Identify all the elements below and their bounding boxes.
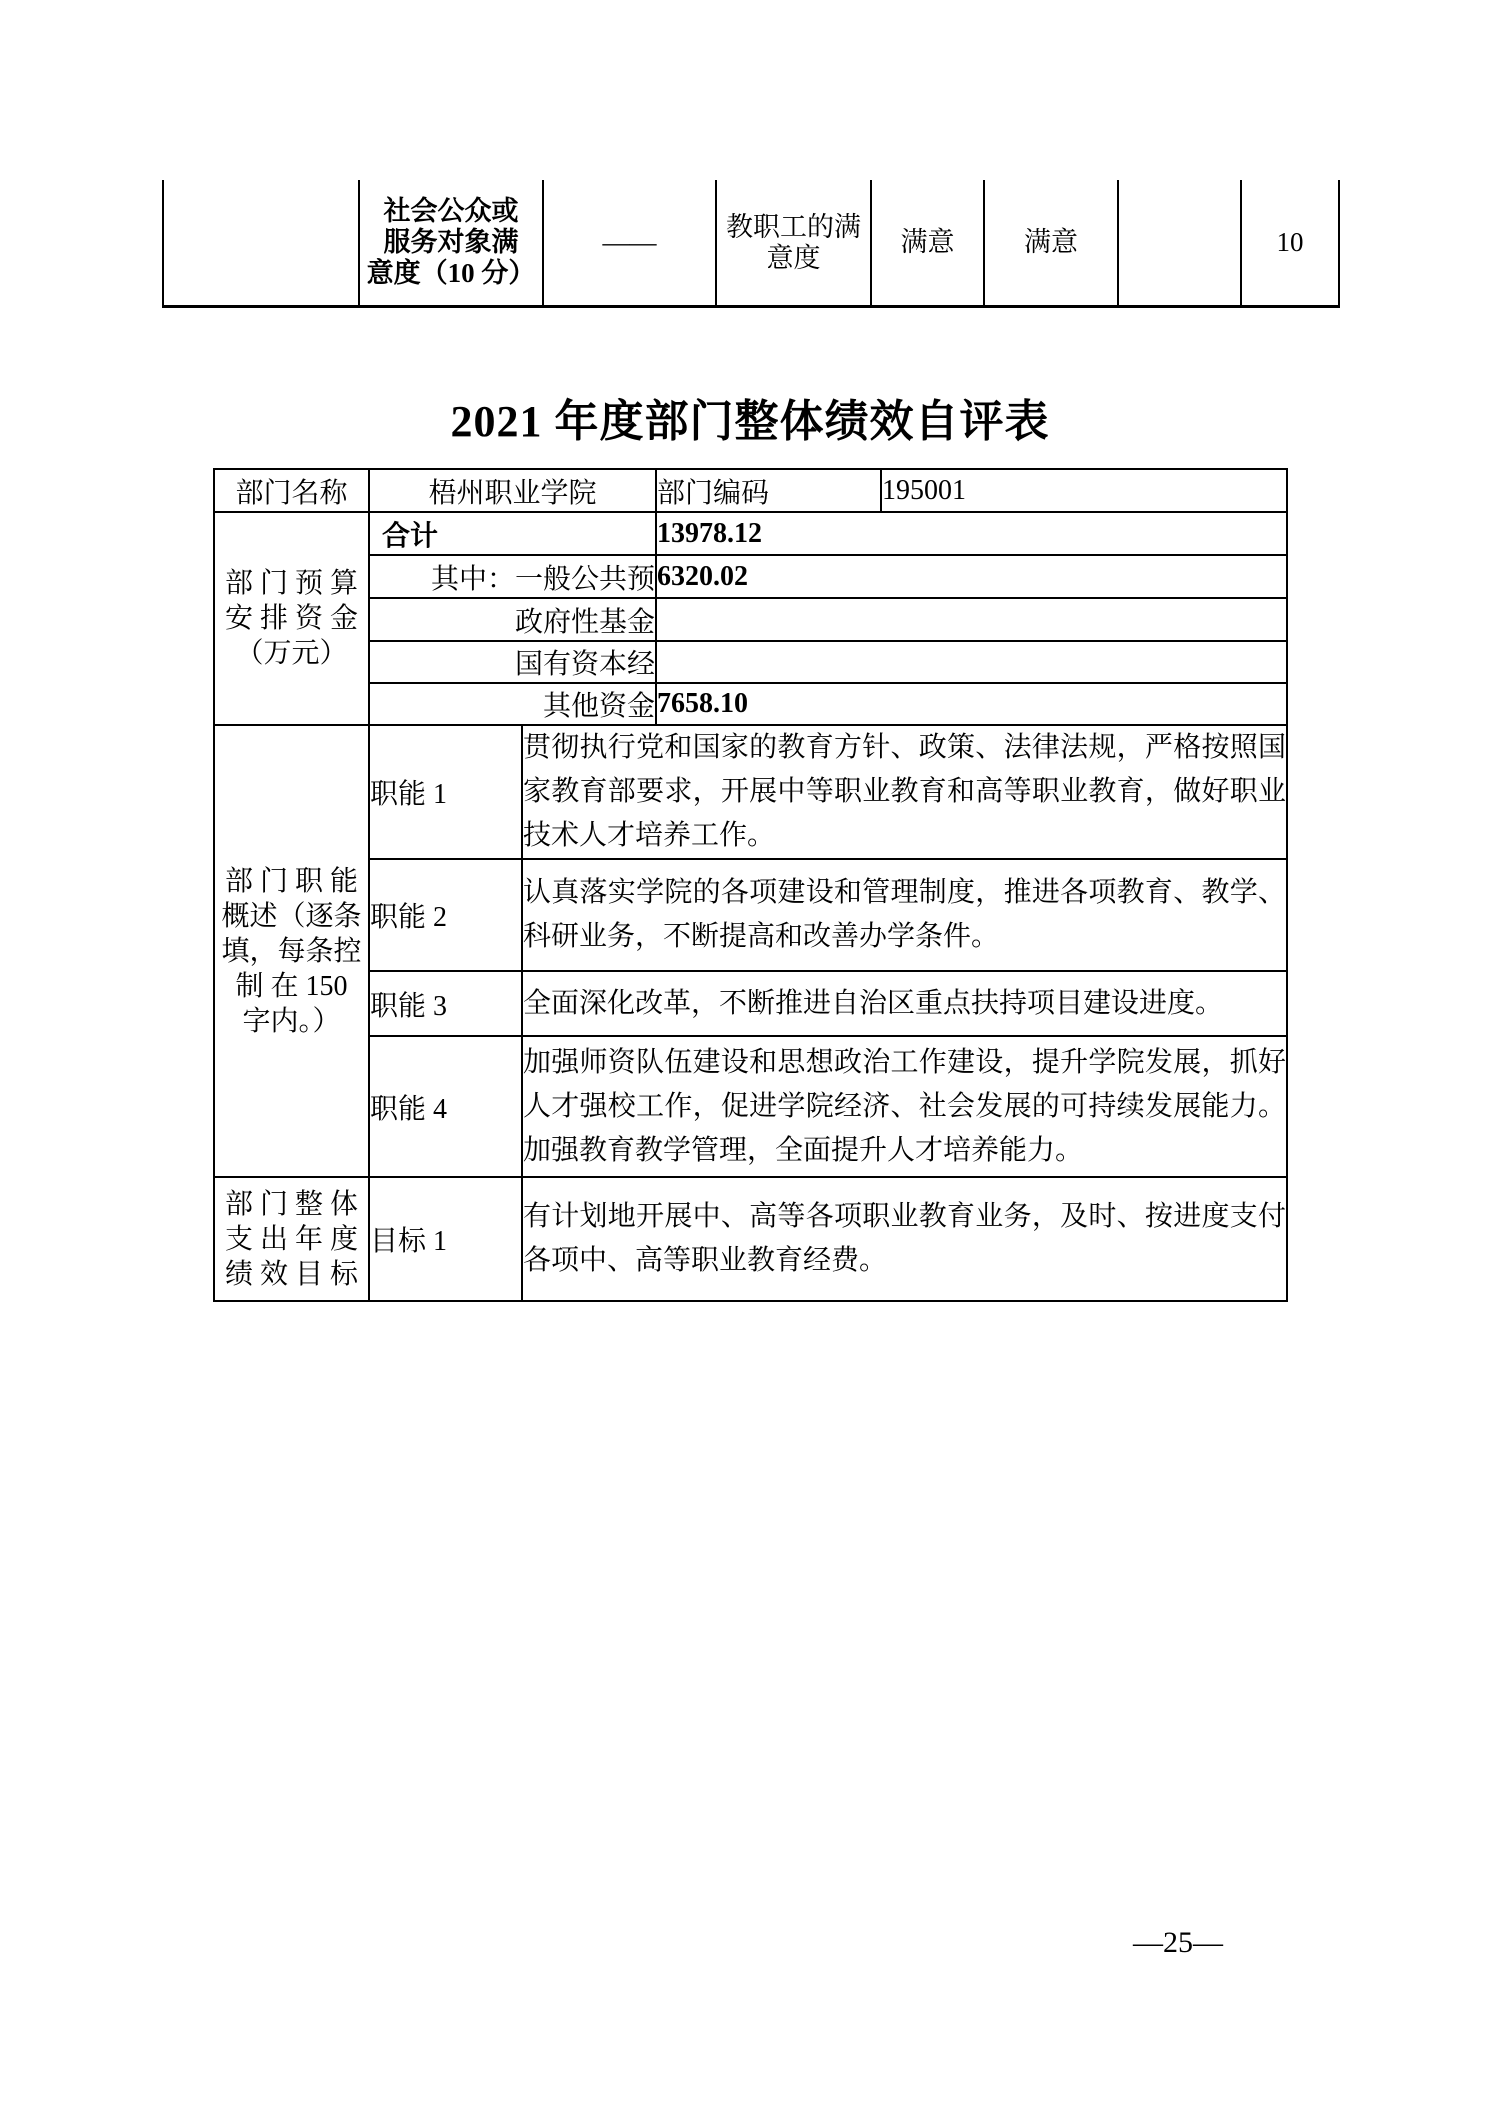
- table-row: 部 门 职 能 概述（逐条 填，每条控 制 在 150 字内。） 职能 1 贯彻…: [214, 725, 1287, 859]
- budget-general-value-cell: 6320.02: [656, 555, 1287, 598]
- empty-cell: [162, 180, 358, 305]
- dept-name-label-cell: 部门名称: [214, 469, 369, 512]
- budget-other-label-cell: 其他资金: [369, 683, 656, 725]
- table-row: 部 门 预 算 安 排 资 金 （万元） 合计 13978.12: [214, 512, 1287, 555]
- page-title: 2021 年度部门整体绩效自评表: [0, 385, 1500, 449]
- functions-header-cell: 部 门 职 能 概述（逐条 填，每条控 制 在 150 字内。）: [214, 725, 369, 1177]
- budget-statecapital-value-cell: [656, 641, 1287, 683]
- table-row: 其中：一般公共预 6320.02: [214, 555, 1287, 598]
- self-evaluation-table: 部门名称 梧州职业学院 部门编码 195001 部 门 预 算 安 排 资 金 …: [213, 468, 1288, 1302]
- goal1-label-cell: 目标 1: [369, 1177, 522, 1301]
- table-row: 部 门 整 体 支 出 年 度 绩 效 目 标 目标 1 有计划地开展中、高等各…: [214, 1177, 1287, 1301]
- budget-other-value-cell: 7658.10: [656, 683, 1287, 725]
- empty-cell: [1117, 180, 1240, 305]
- score-cell: 10: [1240, 180, 1340, 305]
- table-row: 国有资本经: [214, 641, 1287, 683]
- continuation-table: 社会公众或 服务对象满 意度（10 分） —— 教职工的满 意度 满意 满意 1…: [162, 180, 1340, 308]
- table-row: 政府性基金: [214, 598, 1287, 641]
- page-number: —25—: [1133, 1926, 1223, 1960]
- budget-total-value-cell: 13978.12: [656, 512, 1287, 555]
- table-row: 其他资金 7658.10: [214, 683, 1287, 725]
- budget-total-label-cell: 合计: [369, 512, 656, 555]
- budget-header-cell: 部 门 预 算 安 排 资 金 （万元）: [214, 512, 369, 725]
- budget-govfund-label-cell: 政府性基金: [369, 598, 656, 641]
- dept-name-value-cell: 梧州职业学院: [369, 469, 656, 512]
- function4-text-cell: 加强师资队伍建设和思想政治工作建设，提升学院发展，抓好人才强校工作，促进学院经济…: [522, 1036, 1287, 1177]
- function3-text-cell: 全面深化改革，不断推进自治区重点扶持项目建设进度。: [522, 971, 1287, 1036]
- function2-text-cell: 认真落实学院的各项建设和管理制度，推进各项教育、教学、科研业务，不断提高和改善办…: [522, 859, 1287, 971]
- function3-label-cell: 职能 3: [369, 971, 522, 1036]
- function4-label-cell: 职能 4: [369, 1036, 522, 1177]
- table-row: 职能 3 全面深化改革，不断推进自治区重点扶持项目建设进度。: [214, 971, 1287, 1036]
- budget-govfund-value-cell: [656, 598, 1287, 641]
- function2-label-cell: 职能 2: [369, 859, 522, 971]
- dept-code-value-cell: 195001: [881, 469, 1287, 512]
- table-row: 职能 2 认真落实学院的各项建设和管理制度，推进各项教育、教学、科研业务，不断提…: [214, 859, 1287, 971]
- dept-code-label-cell: 部门编码: [656, 469, 881, 512]
- satisfied-target-cell: 满意: [870, 180, 983, 305]
- goals-header-cell: 部 门 整 体 支 出 年 度 绩 效 目 标: [214, 1177, 369, 1301]
- satisfied-actual-cell: 满意: [983, 180, 1117, 305]
- budget-statecapital-label-cell: 国有资本经: [369, 641, 656, 683]
- staff-satisfaction-cell: 教职工的满 意度: [715, 180, 870, 305]
- public-satisfaction-indicator-cell: 社会公众或 服务对象满 意度（10 分）: [358, 180, 542, 305]
- goal1-text-cell: 有计划地开展中、高等各项职业教育业务，及时、按进度支付各项中、高等职业教育经费。: [522, 1177, 1287, 1301]
- function1-text-cell: 贯彻执行党和国家的教育方针、政策、法律法规，严格按照国家教育部要求，开展中等职业…: [522, 725, 1287, 859]
- function1-label-cell: 职能 1: [369, 725, 522, 859]
- table-row: 部门名称 梧州职业学院 部门编码 195001: [214, 469, 1287, 512]
- budget-general-label-cell: 其中：一般公共预: [369, 555, 656, 598]
- dash-cell: ——: [542, 180, 715, 305]
- table-row: 职能 4 加强师资队伍建设和思想政治工作建设，提升学院发展，抓好人才强校工作，促…: [214, 1036, 1287, 1177]
